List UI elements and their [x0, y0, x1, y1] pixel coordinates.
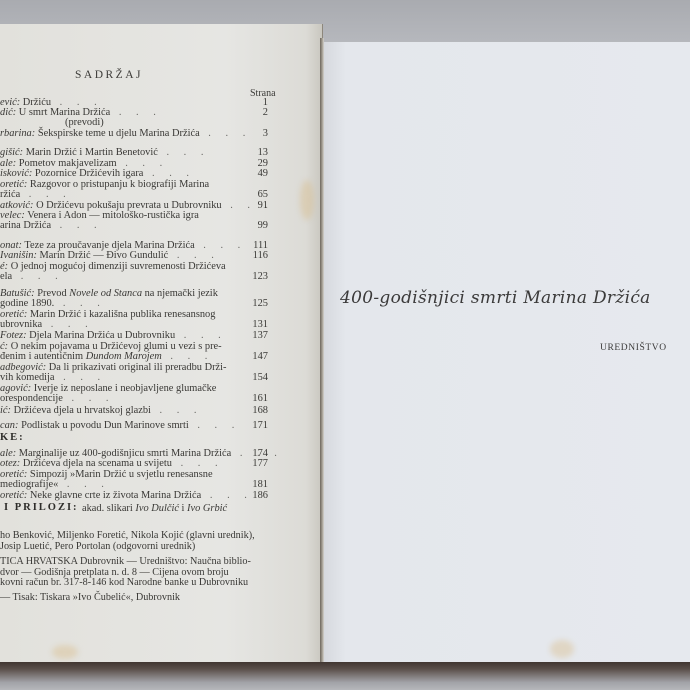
toc-entry: godine 1890. . . .125: [0, 298, 268, 310]
book-spine: [320, 38, 324, 662]
page-number: 3: [250, 128, 268, 140]
leader-dots: . . .: [42, 319, 94, 330]
entry-title: Marin Držić — Đivo Gundulić: [40, 250, 169, 261]
leader-dots: . . .: [200, 128, 252, 139]
entry-title: mediografije«: [0, 479, 58, 490]
page-number: 131: [250, 319, 268, 331]
section-supplements-heading: I PRILOZI:: [4, 502, 79, 514]
page-number: 154: [250, 372, 268, 384]
entry-title: Neke glavne crte iz života Marina Držića: [30, 490, 201, 501]
entry-title: ržića: [0, 189, 20, 200]
toc-entry: Fotez: Djela Marina Držića u Dubrovniku …: [0, 330, 268, 342]
entry-author: Fotez:: [0, 330, 27, 341]
toc-entry: oretić: Neke glavne crte iz života Marin…: [0, 490, 268, 502]
entry-title: Držićeva djela u hrvatskoj glazbi: [14, 405, 151, 416]
toc-entry: mediografije« . . .181: [0, 479, 268, 491]
colophon-line: kovni račun br. 317-8-146 kod Narodne ba…: [0, 577, 272, 589]
leader-dots: . . .: [55, 372, 107, 383]
dedication-title: 400-godišnjici smrti Marina Držića: [340, 288, 651, 308]
toc-entry: ržića . . .65: [0, 189, 268, 201]
toc-entry: ić: Držićeva djela u hrvatskoj glazbi . …: [0, 405, 268, 417]
supplements-label: I PRILOZI:: [4, 502, 79, 513]
entry-title: Podlistak u povodu Dun Marinove smrti: [21, 420, 189, 431]
background-bottom: [0, 660, 690, 690]
toc-entry: ela . . .123: [0, 271, 268, 283]
entry-title: godine 1890.: [0, 298, 54, 309]
leader-dots: . . .: [143, 168, 195, 179]
entry-title-italic: Dundom Marojem: [86, 351, 162, 362]
entry-title: arina Držića: [0, 220, 51, 231]
entry-title: Marin Držić i Martin Benetović: [26, 147, 158, 158]
toc-entry: can: Podlistak u povodu Dun Marinove smr…: [0, 420, 268, 432]
entry-title: ubrovnika: [0, 319, 42, 330]
page-number: 137: [250, 330, 268, 342]
toc-entry: isković: Pozornice Držićevih igara . . .…: [0, 168, 268, 180]
leader-dots: . . .: [51, 220, 103, 231]
colophon-line: TICA HRVATSKA Dubrovnik — Uredništvo: Na…: [0, 556, 272, 568]
paper-stain: [300, 180, 314, 220]
toc-entry: otez: Držićeva djela na scenama u svijet…: [0, 458, 268, 470]
entry-title: Djela Marina Držića u Dubrovniku: [29, 330, 175, 341]
entry-author: gišić:: [0, 147, 23, 158]
toc-entry: orespondencije . . .161: [0, 393, 268, 405]
entry-title: (prevodi): [65, 117, 104, 128]
entry-author: Ivanišin:: [0, 250, 37, 261]
leader-dots: . . .: [201, 490, 253, 501]
toc-entry: arina Držića . . .99: [0, 220, 268, 232]
entry-author: ić:: [0, 405, 11, 416]
leader-dots: . . .: [162, 351, 214, 362]
leader-dots: . . .: [63, 393, 115, 404]
leader-dots: . . .: [12, 271, 64, 282]
toc-entry: rbarina: Šekspirske teme u djelu Marina …: [0, 128, 268, 140]
toc-entry: ubrovnika . . .131: [0, 319, 268, 331]
conjunction: i: [179, 503, 187, 514]
entry-title: Šekspirske teme u djelu Marina Držića: [38, 128, 200, 139]
entry-title: Pozornice Držićevih igara: [35, 168, 143, 179]
page-number: 99: [250, 220, 268, 232]
artist-name: Ivo Grbić: [187, 503, 227, 514]
page-number: 147: [250, 351, 268, 363]
toc-entry: vih komedija . . .154: [0, 372, 268, 384]
leader-dots: . . .: [189, 420, 241, 431]
supplements-text: akad. slikari: [82, 503, 135, 514]
entry-title: vih komedija: [0, 372, 55, 383]
entry-title: ela: [0, 271, 12, 282]
leader-dots: . . .: [151, 405, 203, 416]
toc-entry: đenim i autentičnim Dundom Marojem . . .…: [0, 351, 268, 363]
toc-entry: Ivanišin: Marin Držić — Đivo Gundulić . …: [0, 250, 268, 262]
section-notes-heading: KE:: [0, 432, 25, 444]
leader-dots: . . .: [20, 189, 72, 200]
page-number: 181: [250, 479, 268, 491]
page-number: 177: [250, 458, 268, 470]
entry-author: otez:: [0, 458, 20, 469]
page-number: 13: [250, 147, 268, 159]
leader-dots: . . .: [172, 458, 224, 469]
entry-title: đenim i autentičnim: [0, 351, 86, 362]
entry-title: Držićeva djela na scenama u svijetu: [23, 458, 172, 469]
colophon-line: — Tisak: Tiskara »Ivo Čubelić«, Dubrovni…: [0, 592, 272, 604]
toc-title: SADRŽAJ: [75, 70, 143, 82]
leader-dots: . . .: [54, 298, 106, 309]
supplements-credits: akad. slikari Ivo Dulčić i Ivo Grbić: [82, 503, 350, 515]
page-number: 125: [250, 298, 268, 310]
leader-dots: . . .: [168, 250, 220, 261]
editorial-signature: UREDNIŠTVO: [600, 343, 667, 353]
page-number: 186: [250, 490, 268, 502]
leader-dots: . . .: [158, 147, 210, 158]
artist-name: Ivo Dulčić: [135, 503, 179, 514]
leader-dots: . . .: [175, 330, 227, 341]
entry-author: dić:: [0, 107, 16, 118]
page-number: 123: [250, 271, 268, 283]
page-number: 65: [250, 189, 268, 201]
entry-author: isković:: [0, 168, 32, 179]
leader-dots: . . .: [58, 479, 110, 490]
paper-stain: [52, 645, 78, 659]
paper-stain: [550, 640, 574, 658]
toc-entry: gišić: Marin Držić i Martin Benetović . …: [0, 147, 268, 159]
colophon-line: Josip Luetić, Pero Portolan (odgovorni u…: [0, 541, 272, 553]
entry-title: orespondencije: [0, 393, 63, 404]
page-number: 161: [250, 393, 268, 405]
entry-author: rbarina:: [0, 128, 35, 139]
entry-author: can:: [0, 420, 18, 431]
page-number: 171: [250, 420, 268, 432]
entry-author: oretić:: [0, 490, 27, 501]
page-number: 168: [250, 405, 268, 417]
page-number: 49: [250, 168, 268, 180]
page-number: 116: [250, 250, 268, 262]
colophon-line: ho Benković, Miljenko Foretić, Nikola Ko…: [0, 530, 272, 542]
toc-entry: (prevodi): [65, 117, 333, 129]
